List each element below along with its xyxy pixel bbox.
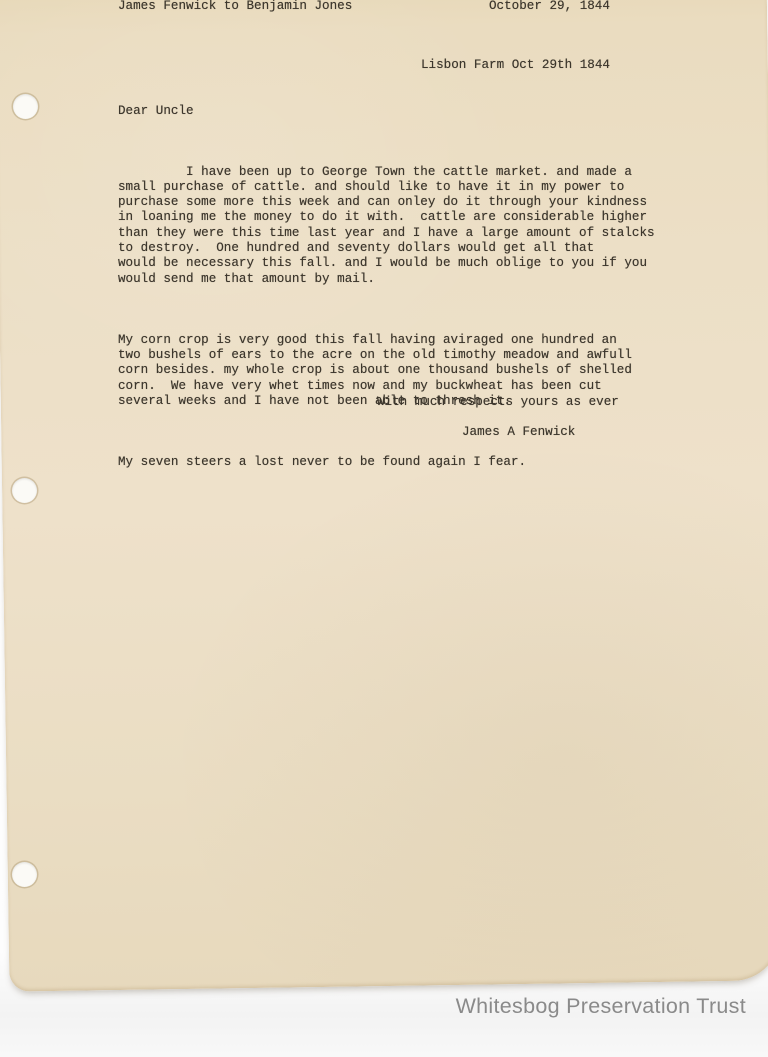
punch-hole (13, 94, 38, 119)
letter-dateline: Lisbon Farm Oct 29th 1844 (421, 58, 610, 73)
punch-hole (12, 862, 37, 887)
letter-salutation: Dear Uncle (118, 104, 194, 119)
letter-paragraph: My seven steers a lost never to be found… (118, 455, 655, 470)
watermark-text: Whitesbog Preservation Trust (456, 994, 746, 1019)
letter-closing: With much respects yours as ever (377, 395, 619, 410)
letter-header-date: October 29, 1844 (489, 0, 610, 14)
letter-paragraph: I have been up to George Town the cattle… (118, 165, 655, 287)
scanned-letter-view: James Fenwick to Benjamin Jones October … (0, 0, 768, 1057)
letter-header-correspondents: James Fenwick to Benjamin Jones (118, 0, 352, 14)
punch-hole (12, 478, 37, 503)
letter-body: I have been up to George Town the cattle… (118, 134, 655, 501)
letter-signature: James A Fenwick (462, 425, 575, 440)
